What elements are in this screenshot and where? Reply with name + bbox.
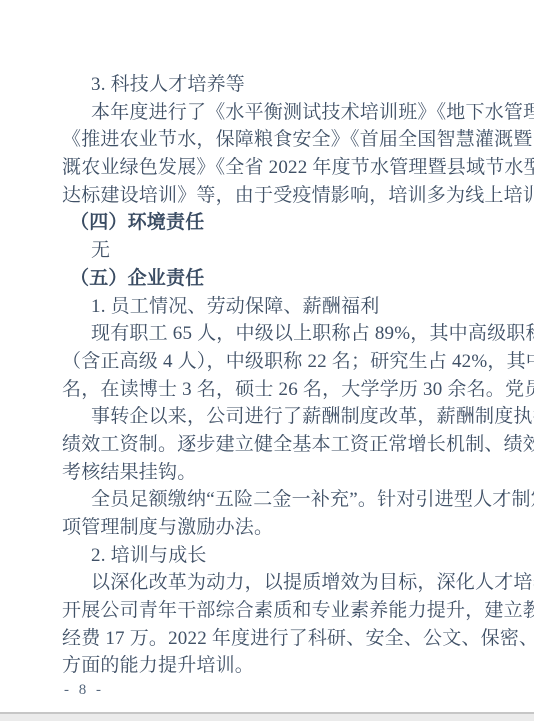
text-line: 现有职工 65 人，中级以上职称占 89%，其中高级职称 21 名 (62, 320, 514, 348)
text-line: 3. 科技人才培养等 (62, 71, 514, 99)
page-bottom-edge-shadow (0, 714, 534, 721)
text-line: 全员足额缴纳“五险二金一补充”。针对引进型人才制定专 (62, 486, 514, 514)
document-page: 3. 科技人才培养等本年度进行了《水平衡测试技术培训班》《地下水管理条例》《推进… (0, 0, 534, 721)
text-line: 《推进农业节水，保障粮食安全》《首届全国智慧灌溉暨国家灌 (62, 126, 514, 154)
text-line: 达标建设培训》等，由于受疫情影响，培训多为线上培训。 (62, 182, 514, 210)
text-line: （含正高级 4 人），中级职称 22 名；研究生占 42%，其中博士 1 (62, 348, 514, 376)
text-line: 无 (62, 237, 514, 265)
text-line: 绩效工资制。逐步建立健全基本工资正常增长机制、绩效工资与 (62, 431, 514, 459)
text-line: （四）环境责任 (62, 209, 514, 237)
text-line: 方面的能力提升培训。 (62, 652, 514, 680)
text-line: 考核结果挂钩。 (62, 459, 514, 487)
text-line: 1. 员工情况、劳动保障、薪酬福利 (62, 293, 514, 321)
document-lines: 3. 科技人才培养等本年度进行了《水平衡测试技术培训班》《地下水管理条例》《推进… (62, 71, 514, 680)
text-line: 2. 培训与成长 (62, 542, 514, 570)
text-line: 以深化改革为动力，以提质增效为目标，深化人才培养机制， (62, 569, 514, 597)
text-line: 经费 17 万。2022 年度进行了科研、安全、公文、保密、内控等 (62, 625, 514, 653)
text-line: 开展公司青年干部综合素质和专业素养能力提升，建立教育培训 (62, 597, 514, 625)
text-line: 事转企以来，公司进行了薪酬制度改革，薪酬制度执行岗位 (62, 403, 514, 431)
page-number: - 8 - (64, 682, 104, 699)
text-line: 名，在读博士 3 名，硕士 26 名，大学学历 30 余名。党员 56 名。 (62, 376, 514, 404)
text-line: （五）企业责任 (62, 265, 514, 293)
text-line: 本年度进行了《水平衡测试技术培训班》《地下水管理条例》 (62, 99, 514, 127)
text-line: 溉农业绿色发展》《全省 2022 年度节水管理暨县域节水型社会 (62, 154, 514, 182)
text-line: 项管理制度与激励办法。 (62, 514, 514, 542)
